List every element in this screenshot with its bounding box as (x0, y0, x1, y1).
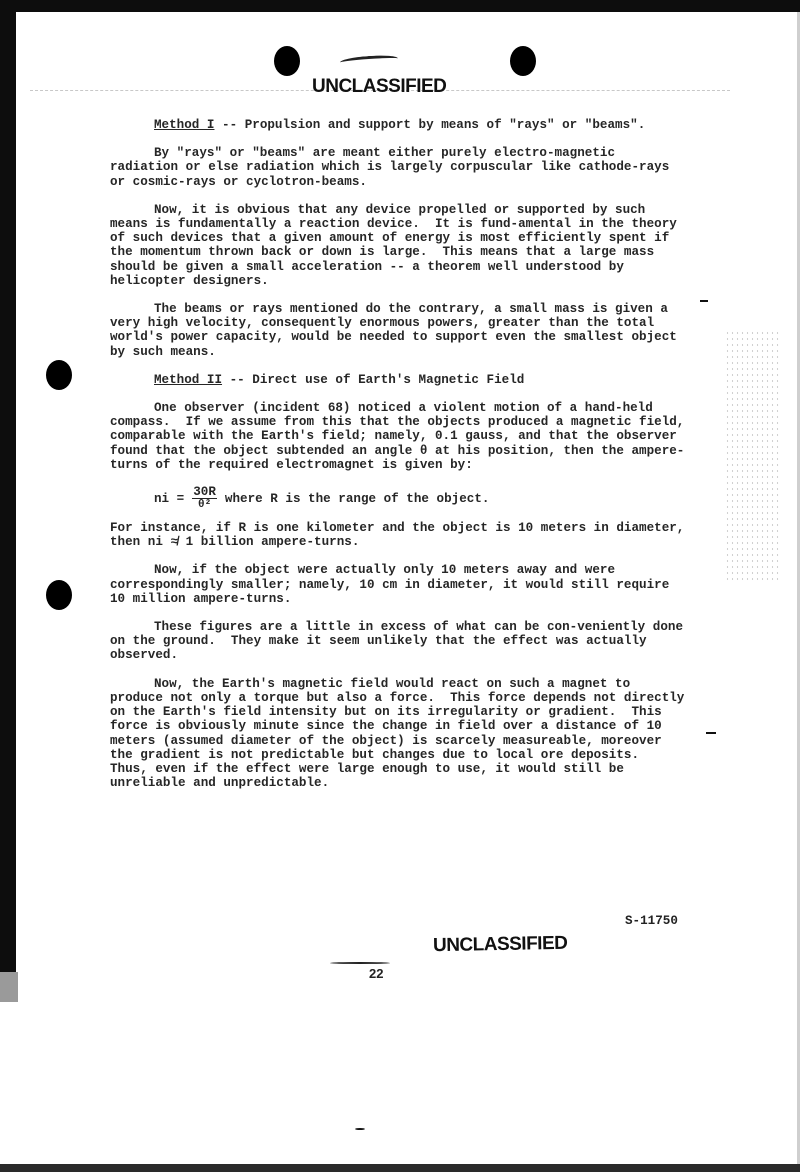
scan-noise (725, 330, 780, 580)
punch-hole-left-upper (46, 360, 72, 390)
method-heading-2: Method II -- Direct use of Earth's Magne… (154, 373, 690, 387)
formula: ni = 30R θ² where R is the range of the … (154, 486, 690, 511)
formula-description: where R is the range of the object. (225, 492, 490, 506)
punch-hole-top-right (510, 46, 536, 76)
method-label: Method II (154, 373, 222, 387)
method-label: Method I (154, 118, 214, 132)
classification-stamp-footer: UNCLASSIFIED (433, 933, 568, 957)
page-number-rule (330, 962, 390, 964)
paragraph: For instance, if R is one kilometer and … (110, 521, 690, 549)
paragraph: These figures are a little in excess of … (110, 620, 690, 663)
document-body: Method I -- Propulsion and support by me… (110, 118, 690, 804)
page-number: 22 (369, 966, 383, 981)
scan-top-border (0, 0, 800, 12)
document-number: S-11750 (625, 914, 678, 928)
scan-left-border (0, 12, 16, 972)
paragraph: Now, the Earth's magnetic field would re… (110, 677, 690, 791)
formula-numerator: 30R (192, 486, 217, 499)
margin-mark (355, 1128, 365, 1130)
formula-denominator: θ² (198, 499, 211, 511)
pen-mark (340, 54, 398, 67)
paragraph: Now, it is obvious that any device prope… (110, 203, 690, 288)
scan-bottom-border (0, 1164, 800, 1172)
method-title: -- Direct use of Earth's Magnetic Field (222, 373, 524, 387)
formula-lhs: ni = (154, 492, 184, 506)
method-heading-1: Method I -- Propulsion and support by me… (154, 118, 690, 132)
punch-hole-left-lower (46, 580, 72, 610)
margin-mark (700, 300, 708, 302)
paragraph: Now, if the object were actually only 10… (110, 563, 690, 606)
method-title: -- Propulsion and support by means of "r… (214, 118, 645, 132)
formula-fraction: 30R θ² (192, 486, 217, 511)
paragraph: One observer (incident 68) noticed a vio… (110, 401, 690, 472)
scan-left-border-fade (0, 972, 18, 1002)
margin-mark (706, 732, 716, 734)
paragraph: By "rays" or "beams" are meant either pu… (110, 146, 690, 189)
paragraph: The beams or rays mentioned do the contr… (110, 302, 690, 359)
punch-hole-top-left (274, 46, 300, 76)
classification-stamp-header: UNCLASSIFIED (312, 76, 446, 98)
